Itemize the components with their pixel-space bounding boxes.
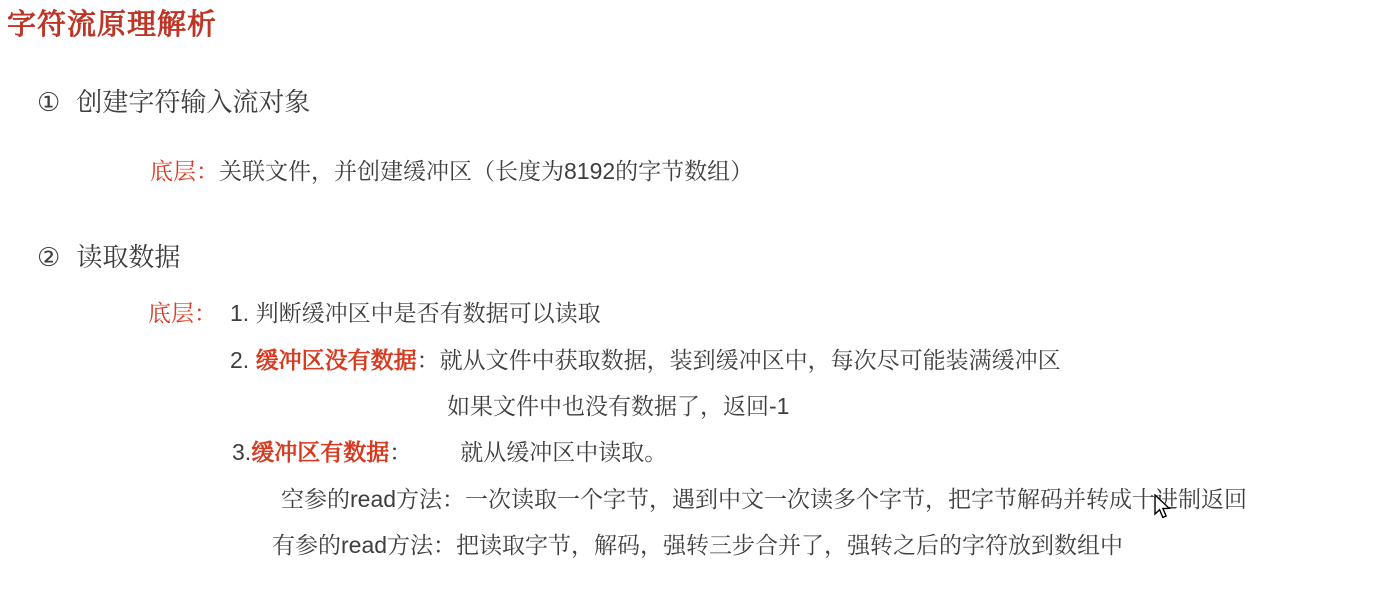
step2-point2-text: 就从文件中获取数据，装到缓冲区中，每次尽可能装满缓冲区 [440, 347, 1061, 373]
page-title: 字符流原理解析 [7, 7, 217, 43]
step2-point2-colon: ： [417, 347, 440, 373]
step2-point3-text: 就从缓冲区中读取。 [460, 439, 667, 465]
read-no-arg-line: 空参的read方法：一次读取一个字节，遇到中文一次读多个字节，把字节解码并转成十… [281, 485, 1247, 514]
step1-detail-label: 底层： [150, 158, 219, 184]
step1-detail-text: 关联文件，并创建缓冲区（长度为8192的字节数组） [219, 158, 753, 184]
step2-point3-term: 缓冲区有数据 [251, 439, 389, 465]
step2-point3-colon: ： [389, 439, 412, 465]
step2-heading-text: 读取数据 [76, 241, 180, 274]
step1-number: ① [37, 86, 60, 119]
step2-point3-number: 3. [232, 439, 251, 465]
step2-detail-label: 底层： [148, 300, 217, 326]
step2-heading: ②读取数据 [37, 241, 180, 274]
step2-point2-line: 2. 缓冲区没有数据：就从文件中获取数据，装到缓冲区中，每次尽可能装满缓冲区 [230, 346, 1061, 375]
step2-point2-term: 缓冲区没有数据 [256, 347, 417, 373]
step1-heading-text: 创建字符输入流对象 [76, 86, 310, 119]
step2-point1-line: 底层：1. 判断缓冲区中是否有数据可以读取 [148, 299, 601, 328]
step1-heading: ①创建字符输入流对象 [37, 86, 310, 119]
step2-point2-continuation: 如果文件中也没有数据了，返回-1 [447, 392, 789, 421]
read-with-arg-line: 有参的read方法：把读取字节，解码，强转三步合并了，强转之后的字符放到数组中 [272, 531, 1123, 560]
step2-point2-number: 2. [230, 347, 256, 373]
step1-detail-line: 底层：关联文件，并创建缓冲区（长度为8192的字节数组） [150, 157, 753, 186]
step2-number: ② [37, 241, 60, 274]
step2-point3-line: 3.缓冲区有数据：就从缓冲区中读取。 [232, 438, 667, 467]
step2-point1-text: 1. 判断缓冲区中是否有数据可以读取 [230, 300, 601, 326]
